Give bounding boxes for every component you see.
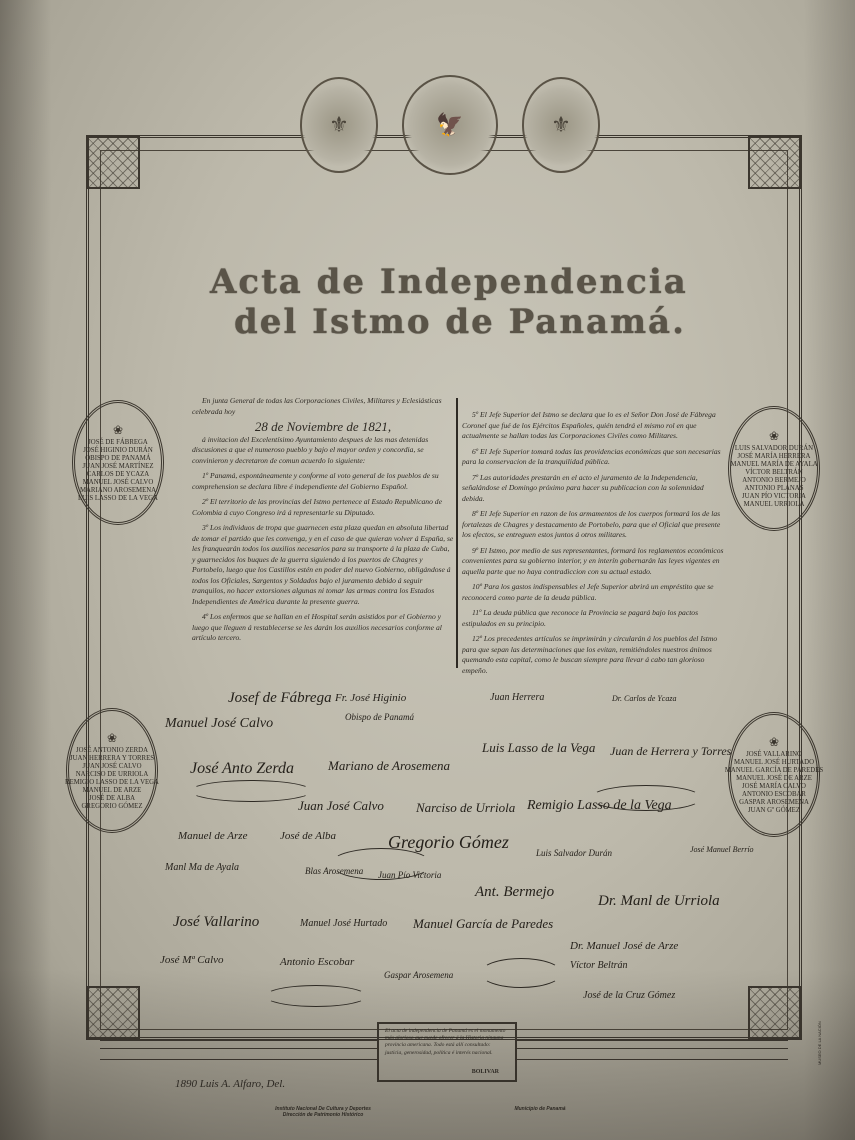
medallion-top-left: ❀ José de Fábrega José Higinio Durán Obi… <box>72 400 164 525</box>
article-1: 1º Panamá, espontáneamente y conforme al… <box>192 471 454 492</box>
wreath-icon: ❀ <box>107 731 117 745</box>
artist-credit: 1890 Luis A. Alfaro, Del. <box>175 1078 285 1090</box>
bolivar-quote-cartouche: El acta de independencia de Panamá es el… <box>377 1022 517 1082</box>
signature: Dr. Manl de Urriola <box>598 893 720 910</box>
celtic-knot-top-left <box>86 135 140 189</box>
signature: José de la Cruz Gómez <box>583 990 675 1001</box>
signature: Mariano de Arosemena <box>328 758 450 774</box>
title-line-1: Acta de Independencia <box>210 262 690 302</box>
signature: Ant. Bermejo <box>475 884 554 901</box>
signature: Dr. Manuel José de Arze <box>570 940 678 952</box>
signature: Dr. Carlos de Ycaza <box>612 694 676 703</box>
bottom-rule-right <box>517 1040 788 1060</box>
signature: Antonio Escobar <box>280 956 354 968</box>
document-date: 28 de Noviembre de 1821, <box>192 422 454 433</box>
flourish-icon <box>265 985 367 1007</box>
signature: José de Alba <box>280 830 336 842</box>
article-8: 8º El Jefe Superior en razon de los arma… <box>462 509 724 541</box>
signature: Manuel de Arze <box>178 830 247 842</box>
article-11: 11º La deuda pública que reconoce la Pro… <box>462 608 724 629</box>
coat-of-arms-left-icon: ⚜ <box>300 77 378 173</box>
document-photo: ⚜ 🦅 ⚜ Acta de Independencia del Istmo de… <box>0 0 855 1140</box>
signature: José Mª Calvo <box>160 954 224 966</box>
celtic-knot-bottom-right <box>748 986 802 1040</box>
celtic-knot-bottom-left <box>86 986 140 1040</box>
signature: Manuel José Hurtado <box>300 918 387 929</box>
medallion-bottom-left: ❀ José Antonio Zerda Juan Herrera y Torr… <box>66 708 158 833</box>
medallion-top-right: ❀ Luis Salvador Durán José María Herrera… <box>728 406 820 531</box>
side-stamp: MUSEO DE LA NACIÓN <box>817 1015 823 1065</box>
signature: Obispo de Panamá <box>345 712 414 722</box>
flourish-icon <box>190 780 312 802</box>
signature: Manl Ma de Ayala <box>165 862 239 873</box>
coats-of-arms: ⚜ 🦅 ⚜ <box>300 70 600 180</box>
article-6: 6º El Jefe Superior tomará todas las pro… <box>462 447 724 468</box>
celtic-knot-top-right <box>748 135 802 189</box>
medallion-bottom-right: ❀ José Vallarino Manuel José Hurtado Man… <box>728 712 820 837</box>
signature: Manuel José Calvo <box>165 716 273 732</box>
bottom-rule-left <box>100 1040 377 1060</box>
coat-of-arms-right-icon: ⚜ <box>522 77 600 173</box>
signature: Fr. José Higinio <box>335 692 406 704</box>
article-5: 5º El Jefe Superior del Istmo se declara… <box>462 410 724 442</box>
text-column-left: En junta General de todas las Corporacio… <box>192 396 454 649</box>
signature: Luis Salvador Durán <box>536 848 612 858</box>
column-divider <box>456 398 458 668</box>
article-7: 7º Las autoridades prestarán en el acto … <box>462 473 724 505</box>
eagle-crest-icon: 🦅 <box>402 75 498 175</box>
signature: José Vallarino <box>173 914 259 931</box>
signature: Juan José Calvo <box>298 798 384 814</box>
article-9: 9º El Istmo, por medio de sus representa… <box>462 546 724 578</box>
signature: José Manuel Berrío <box>690 845 754 854</box>
signature: Juan Herrera <box>490 692 544 703</box>
signature: Gaspar Arosemena <box>384 970 453 980</box>
bolivar-quote: El acta de independencia de Panamá es el… <box>385 1028 505 1056</box>
article-10: 10º Para los gastos indispensables el Je… <box>462 582 724 603</box>
signature: Víctor Beltrán <box>570 960 628 971</box>
signature: Juan de Herrera y Torres <box>610 744 731 759</box>
preamble: En junta General de todas las Corporacio… <box>192 396 454 417</box>
title-line-2: del Istmo de Panamá. <box>234 302 690 342</box>
signature: Josef de Fábrega <box>228 690 332 707</box>
wreath-icon: ❀ <box>113 423 123 437</box>
wreath-icon: ❀ <box>769 429 779 443</box>
flourish-icon <box>590 785 702 811</box>
article-4: 4º Los enfermos que se hallan en el Hosp… <box>192 612 454 644</box>
signature: Manuel García de Paredes <box>413 916 553 932</box>
article-3: 3º Los individuos de tropa que guarnecen… <box>192 523 454 607</box>
article-2: 2º El territorio de las provincias del I… <box>192 497 454 518</box>
document-title: Acta de Independencia del Istmo de Panam… <box>210 262 690 342</box>
wreath-icon: ❀ <box>769 735 779 749</box>
intro: á invitacion del Excelentísimo Ayuntamie… <box>192 435 454 467</box>
credit-institute: Instituto Nacional De Cultura y Deportes… <box>258 1106 388 1118</box>
text-column-right: 5º El Jefe Superior del Istmo se declara… <box>462 410 724 681</box>
flourish-icon <box>480 958 562 988</box>
flourish-icon <box>330 848 432 880</box>
article-12: 12º Los precedentes artículos se imprimi… <box>462 634 724 676</box>
bolivar-signature: BOLIVAR <box>472 1069 499 1076</box>
signature: José Anto Zerda <box>190 760 294 778</box>
signature: Luis Lasso de la Vega <box>482 740 595 756</box>
signature: Narciso de Urriola <box>416 800 515 816</box>
credit-municipality: Municipio de Panamá <box>505 1106 575 1112</box>
